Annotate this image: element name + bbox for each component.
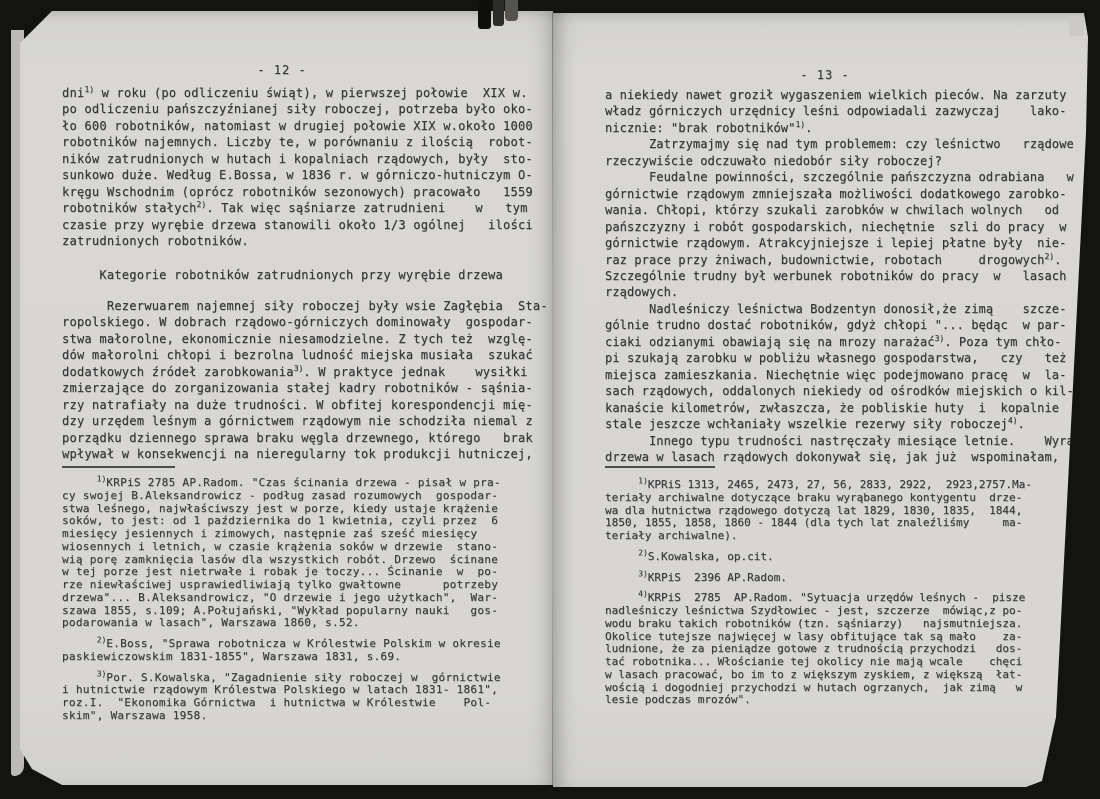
left-page: - 12 - dni1) w roku (po odliczeniu świąt…: [20, 11, 553, 785]
left-paragraph-2: Rezerwuarem najemnej siły roboczej były …: [62, 298, 548, 463]
scan-artifact: [478, 0, 491, 29]
footnote-right-4: 4)KRPiS 2785 AP.Radom. "Sytuacja urzędów…: [605, 592, 1067, 707]
page-number-left: - 12 -: [62, 63, 502, 77]
book-scan: - 12 - dni1) w roku (po odliczeniu świąt…: [0, 0, 1100, 799]
right-footnotes: 1)KPRiS 1313, 2465, 2473, 27, 56, 2833, …: [605, 479, 1067, 707]
footnote-left-3: 3)Por. S.Kowalska, "Zagadnienie siły rob…: [62, 672, 556, 723]
footnote-left-2: 2)E.Boss, "Sprawa robotnicza w Królestwi…: [62, 638, 556, 664]
right-body-text: a niekiedy nawet groził wygaszeniem wiel…: [605, 87, 1081, 465]
page-number-right: - 13 -: [605, 68, 1045, 82]
left-footnotes: 1)KRPiS 2785 AP.Radom. "Czas ścinania dr…: [62, 477, 556, 723]
page-corner-fold: [1069, 16, 1084, 36]
footnote-separator-right: [605, 466, 715, 468]
left-paragraph-1: dni1) w roku (po odliczeniu świąt), w pi…: [62, 85, 533, 250]
scan-artifact: [505, 0, 518, 21]
section-heading: Kategorie robotników zatrudnionych przy …: [62, 268, 503, 282]
scan-artifact: [493, 0, 504, 26]
footnote-left-1: 1)KRPiS 2785 AP.Radom. "Czas ścinania dr…: [62, 477, 556, 630]
right-page: - 13 - a niekiedy nawet groził wygaszeni…: [553, 13, 1088, 787]
footnote-separator-left: [62, 466, 175, 468]
footnote-right-1: 1)KPRiS 1313, 2465, 2473, 27, 56, 2833, …: [605, 479, 1067, 543]
footnote-right-3: 3)KRPiS 2396 AP.Radom.: [605, 572, 1067, 585]
footnote-right-2: 2)S.Kowalska, op.cit.: [605, 551, 1067, 564]
